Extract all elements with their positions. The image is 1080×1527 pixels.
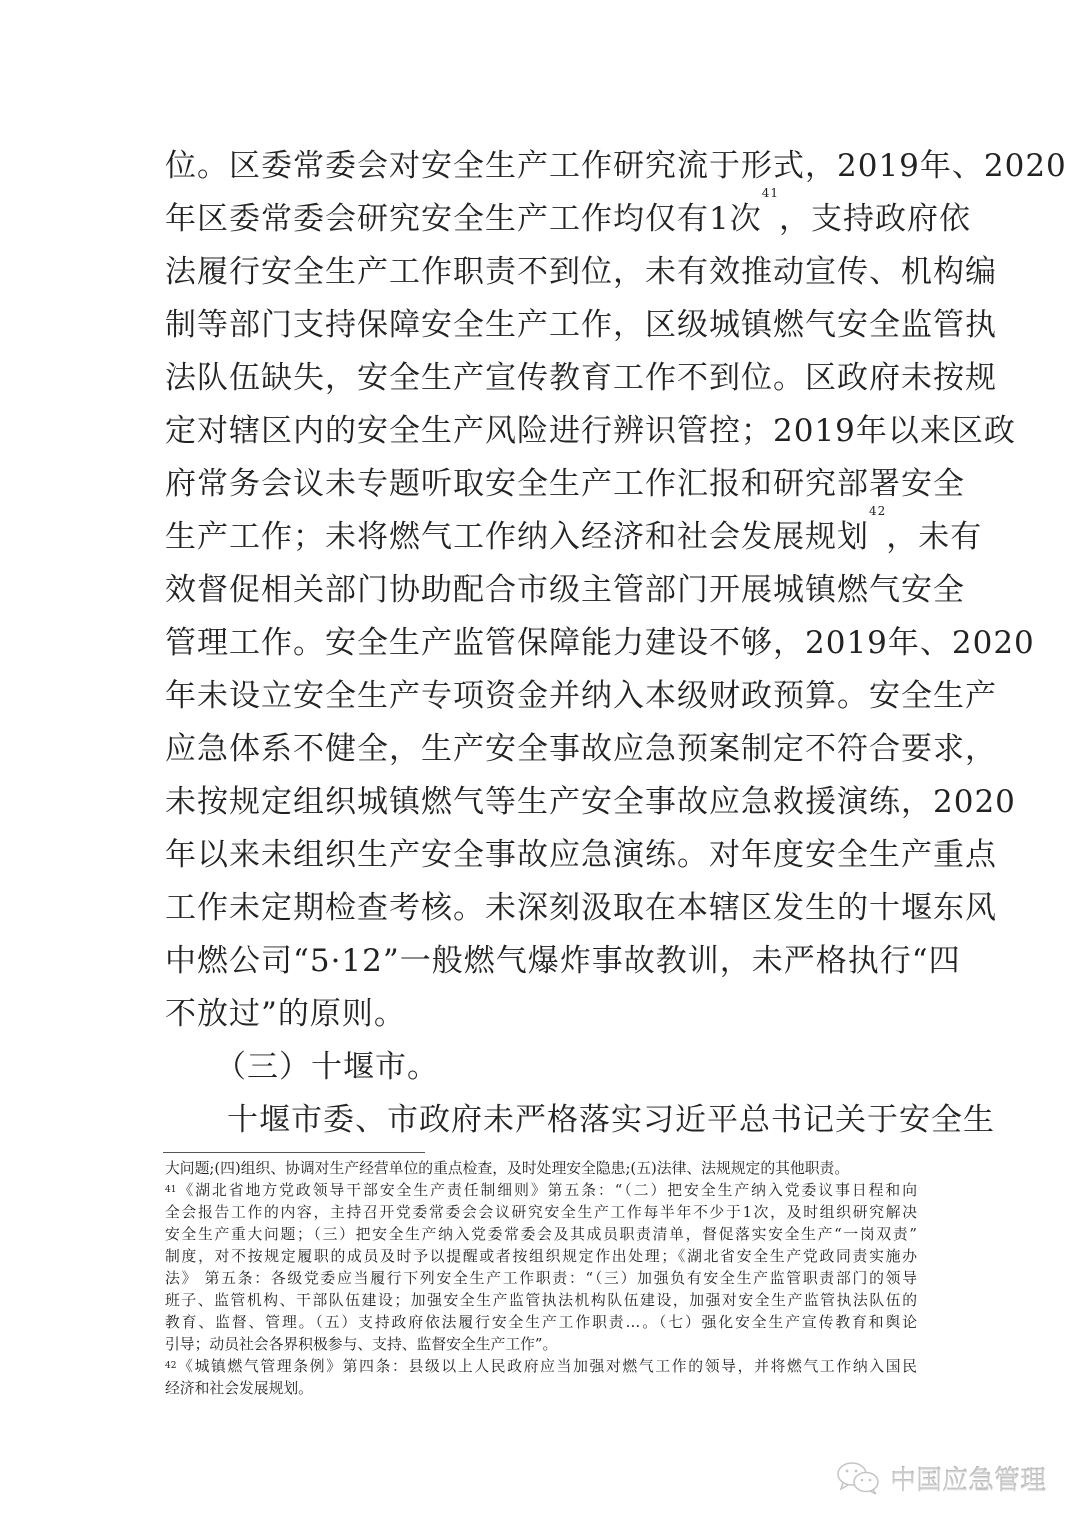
- footnote-41-line: 41《湖北省地方党政领导干部安全生产责任制细则》第五条：“（二）把安全生产纳入党…: [165, 1180, 917, 1202]
- footnote-ref-42[interactable]: 42: [869, 504, 886, 518]
- body-line: 生产工作；未将燃气工作纳入经济和社会发展规划42，未有: [165, 511, 917, 564]
- body-line: 法履行安全生产工作职责不到位，未有效推动宣传、机构编: [165, 246, 917, 299]
- body-line: 位。区委常委会对安全生产工作研究流于形式，2019年、2020: [165, 140, 917, 193]
- footnote-41-line: 安全生产重大问题；（三）把安全生产纳入党委常委会及其成员职责清单，督促落实安全生…: [165, 1224, 917, 1246]
- footnote-ref-41[interactable]: 41: [762, 186, 779, 200]
- body-line: 应急体系不健全，生产安全事故应急预案制定不符合要求，: [165, 723, 917, 776]
- footnote-42-line: 42《城镇燃气管理条例》第四条：县级以上人民政府应当加强对燃气工作的领导，并将燃…: [165, 1356, 917, 1378]
- watermark-text: 中国应急管理: [890, 1460, 1046, 1497]
- footnote-number: 42: [165, 1361, 176, 1371]
- footnote-text: 《湖北省地方党政领导干部安全生产责任制细则》第五条：“（二）把安全生产纳入党委议…: [176, 1182, 917, 1199]
- body-line: 府常务会议未专题听取安全生产工作汇报和研究部署安全: [165, 458, 917, 511]
- footnote-42-line: 经济和社会发展规划。: [165, 1378, 917, 1400]
- section-heading: （三）十堰市。: [165, 1041, 917, 1094]
- body-line: 定对辖区内的安全生产风险进行辨识管控；2019年以来区政: [165, 405, 917, 458]
- section-paragraph-line: 十堰市委、市政府未严格落实习近平总书记关于安全生: [165, 1094, 917, 1147]
- body-line: 年未设立安全生产专项资金并纳入本级财政预算。安全生产: [165, 670, 917, 723]
- body-line-text: ，未有: [886, 519, 982, 555]
- footnote-41-line: 法》 第五条：各级党委应当履行下列安全生产工作职责：“（三）加强负有安全生产监管…: [165, 1268, 917, 1290]
- footnote-text: 《城镇燃气管理条例》第四条：县级以上人民政府应当加强对燃气工作的领导，并将燃气工…: [176, 1358, 917, 1375]
- wechat-icon: [836, 1460, 882, 1496]
- body-text: 位。区委常委会对安全生产工作研究流于形式，2019年、2020 年区委常委会研究…: [165, 140, 917, 1147]
- body-line: 制等部门支持保障安全生产工作，区级城镇燃气安全监管执: [165, 299, 917, 352]
- watermark: 中国应急管理: [836, 1460, 1046, 1496]
- footnotes: 大问题;(四)组织、协调对生产经营单位的重点检查，及时处理安全隐患;(五)法律、…: [165, 1158, 917, 1400]
- body-line: 效督促相关部门协助配合市级主管部门开展城镇燃气安全: [165, 564, 917, 617]
- body-line: 中燃公司“5·12”一般燃气爆炸事故教训，未严格执行“四: [165, 935, 917, 988]
- footnote-number: 41: [165, 1185, 176, 1195]
- body-line-text: ，支持政府依: [779, 201, 971, 237]
- body-line: 未按规定组织城镇燃气等生产安全事故应急救援演练，2020: [165, 776, 917, 829]
- footnote-41-line: 引导；动员社会各界积极参与、支持、监督安全生产工作”。: [165, 1334, 917, 1356]
- body-line: 法队伍缺失，安全生产宣传教育工作不到位。区政府未按规: [165, 352, 917, 405]
- footnote-41-line: 制度，对不按规定履职的成员及时予以提醒或者按组织规定作出处理；《湖北省安全生产党…: [165, 1246, 917, 1268]
- footnote-41-line: 教育、监督、管理。（五）支持政府依法履行安全生产工作职责…。（七）强化安全生产宣…: [165, 1312, 917, 1334]
- body-line: 年区委常委会研究安全生产工作均仅有1次41，支持政府依: [165, 193, 917, 246]
- body-line: 工作未定期检查考核。未深刻汲取在本辖区发生的十堰东风: [165, 882, 917, 935]
- document-page: 位。区委常委会对安全生产工作研究流于形式，2019年、2020 年区委常委会研究…: [0, 0, 1080, 1527]
- body-line: 管理工作。安全生产监管保障能力建设不够，2019年、2020: [165, 617, 917, 670]
- body-line-text: 年区委常委会研究安全生产工作均仅有1次: [165, 201, 762, 237]
- body-line: 不放过”的原则。: [165, 988, 917, 1041]
- footnote-separator: [163, 1152, 425, 1153]
- footnote-41-line: 班子、监管机构、干部队伍建设；加强安全生产监管执法机构队伍建设，加强对安全生产监…: [165, 1290, 917, 1312]
- footnote-continuation: 大问题;(四)组织、协调对生产经营单位的重点检查，及时处理安全隐患;(五)法律、…: [165, 1158, 917, 1180]
- footnote-41-line: 全会报告工作的内容，主持召开党委常委会会议研究安全生产工作每半年不少于1次，及时…: [165, 1202, 917, 1224]
- body-line-text: 生产工作；未将燃气工作纳入经济和社会发展规划: [165, 519, 869, 555]
- body-line: 年以来未组织生产安全事故应急演练。对年度安全生产重点: [165, 829, 917, 882]
